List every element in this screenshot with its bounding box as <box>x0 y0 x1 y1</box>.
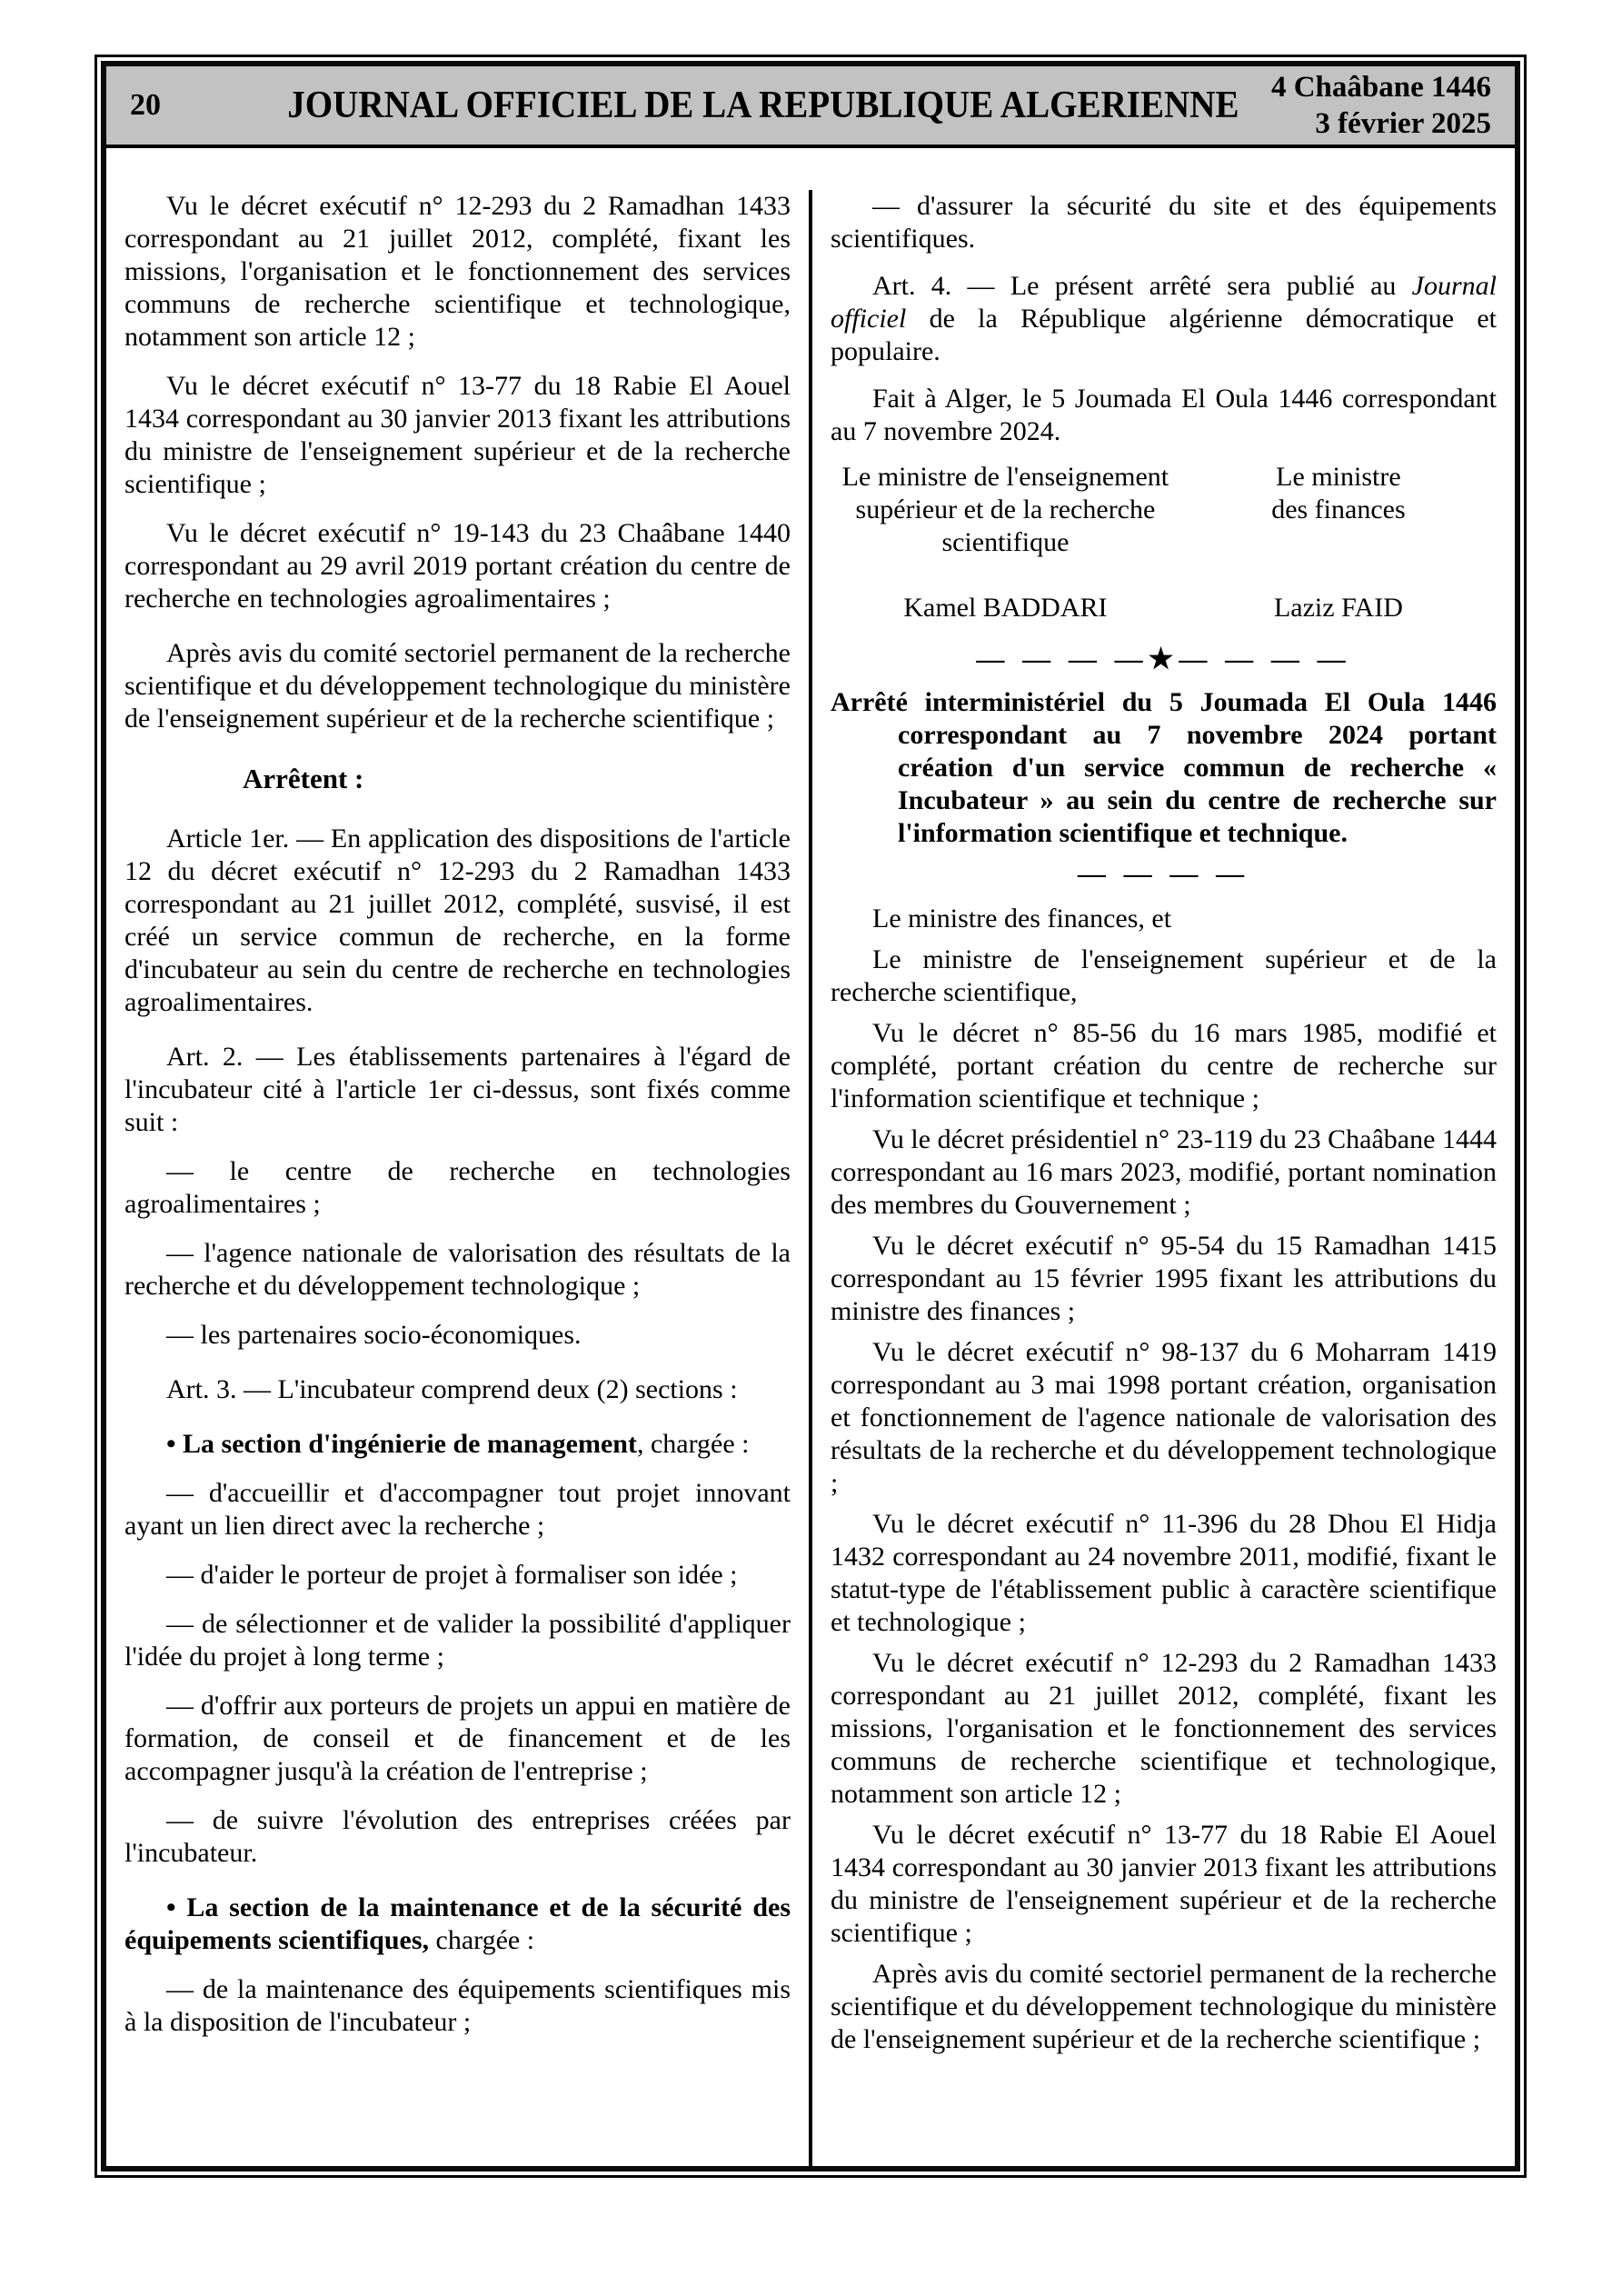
paragraph-apres-avis: Après avis du comité sectoriel permanent… <box>124 637 791 735</box>
text-segment: Vu le décret exécutif n° 13-77 du 18 Rab… <box>831 1820 1497 1948</box>
text-segment: — de la maintenance des équipements scie… <box>124 1974 791 2037</box>
signature-names-row: Kamel BADDARILaziz FAID <box>831 592 1497 624</box>
text-segment: Le ministre de l'enseignement supérieur … <box>831 944 1497 1007</box>
signer-name-right: Laziz FAID <box>1180 592 1497 624</box>
list-item-agence-nationale: — l'agence nationale de valorisation des… <box>124 1237 791 1303</box>
signer-title-line: Le ministre <box>1180 461 1497 494</box>
text-segment: Vu le décret exécutif n° 11-396 du 28 Dh… <box>831 1509 1497 1637</box>
paragraph-vu-decret-12-293: Vu le décret exécutif n° 12-293 du 2 Ram… <box>831 1647 1497 1811</box>
text-segment: Après avis du comité sectoriel permanent… <box>124 638 791 734</box>
text-segment: Art. 3. — L'incubateur comprend deux (2)… <box>166 1374 738 1404</box>
text-segment: — de suivre l'évolution des entreprises … <box>124 1805 791 1868</box>
text-segment: Vu le décret exécutif n° 12-293 du 2 Ram… <box>831 1648 1497 1809</box>
journal-title-wrap: JOURNAL OFFICIEL DE LA REPUBLIQUE ALGERI… <box>248 84 1246 127</box>
list-item-aider: — d'aider le porteur de projet à formali… <box>124 1559 791 1592</box>
paragraph-article-1er: Article 1er. — En application des dispos… <box>124 823 791 1019</box>
text-segment: Vu le décret exécutif n° 12-293 du 2 Ram… <box>124 191 791 352</box>
text-segment: Vu le décret exécutif n° 95-54 du 15 Ram… <box>831 1231 1497 1326</box>
header-dates: 4 Chaâbane 1446 3 février 2025 <box>1246 69 1491 142</box>
signature-block: Le ministre de l'enseignementsupérieur e… <box>831 461 1497 624</box>
text-segment: Le ministre des finances, et <box>872 903 1171 933</box>
paragraph-apres-avis: Après avis du comité sectoriel permanent… <box>831 1958 1497 2056</box>
text-segment: — l'agence nationale de valorisation des… <box>124 1238 791 1301</box>
paragraph-vu-decret-98-137: Vu le décret exécutif n° 98-137 du 6 Moh… <box>831 1336 1497 1500</box>
paragraph-fait-a-alger: Fait à Alger, le 5 Joumada El Oula 1446 … <box>831 383 1497 448</box>
paragraph-art-3: Art. 3. — L'incubateur comprend deux (2)… <box>124 1373 791 1406</box>
text-segment: — de sélectionner et de valider la possi… <box>124 1609 791 1672</box>
signer-title-line: scientifique <box>831 526 1180 559</box>
signer-title-right: Le ministredes finances <box>1180 461 1497 559</box>
text-segment: , chargée : <box>637 1429 750 1459</box>
two-column-layout: Vu le décret exécutif n° 12-293 du 2 Ram… <box>106 148 1515 2166</box>
star-separator: — — — —★— — — — <box>831 643 1497 675</box>
list-item-maintenance: — de la maintenance des équipements scie… <box>124 1973 791 2039</box>
paragraph-vu-decret-95-54: Vu le décret exécutif n° 95-54 du 15 Ram… <box>831 1230 1497 1328</box>
signer-name-left: Kamel BADDARI <box>831 592 1180 624</box>
list-item-accueillir: — d'accueillir et d'accompagner tout pro… <box>124 1477 791 1542</box>
arretent-heading: Arrêtent : <box>243 763 791 795</box>
paragraph-vu-decret-13-77: Vu le décret exécutif n° 13-77 du 18 Rab… <box>831 1819 1497 1950</box>
paragraph-vu-decret-85-56: Vu le décret n° 85-56 du 16 mars 1985, m… <box>831 1017 1497 1115</box>
arrete-title: Arrêté interministériel du 5 Joumada El … <box>831 686 1497 850</box>
text-segment: Arrêté interministériel du 5 Joumada El … <box>831 687 1497 848</box>
text-segment: Vu le décret exécutif n° 19-143 du 23 Ch… <box>124 518 791 614</box>
paragraph-vu-decret-11-396: Vu le décret exécutif n° 11-396 du 28 Dh… <box>831 1508 1497 1639</box>
text-segment: Article 1er. — En application des dispos… <box>124 824 791 1017</box>
text-segment: chargée : <box>429 1925 534 1955</box>
signer-title-line: des finances <box>1180 494 1497 526</box>
text-segment: Arrêtent : <box>243 763 363 794</box>
paragraph-ministre-enseignement: Le ministre de l'enseignement supérieur … <box>831 943 1497 1009</box>
text-segment: — d'offrir aux porteurs de projets un ap… <box>124 1691 791 1786</box>
text-segment: de la République algérienne démocratique… <box>831 304 1497 366</box>
paragraph-vu-decret-12-293: Vu le décret exécutif n° 12-293 du 2 Ram… <box>124 190 791 354</box>
paragraph-section-ingenierie: • La section d'ingénierie de management,… <box>124 1428 791 1461</box>
text-segment: — d'assurer la sécurité du site et des é… <box>831 191 1497 254</box>
text-segment: Vu le décret exécutif n° 13-77 du 18 Rab… <box>124 371 791 499</box>
dash-separator: — — — — <box>831 857 1497 890</box>
list-item-suivre: — de suivre l'évolution des entreprises … <box>124 1804 791 1870</box>
signature-titles-row: Le ministre de l'enseignementsupérieur e… <box>831 461 1497 559</box>
list-item-selectionner: — de sélectionner et de valider la possi… <box>124 1608 791 1673</box>
text-segment: Vu le décret présidentiel n° 23-119 du 2… <box>831 1124 1497 1220</box>
text-segment: Vu le décret n° 85-56 du 16 mars 1985, m… <box>831 1018 1497 1113</box>
signer-title-left: Le ministre de l'enseignementsupérieur e… <box>831 461 1180 559</box>
right-column: — d'assurer la sécurité du site et des é… <box>812 190 1515 2166</box>
text-segment: Après avis du comité sectoriel permanent… <box>831 1959 1497 2054</box>
text-segment: — d'accueillir et d'accompagner tout pro… <box>124 1478 791 1541</box>
signer-title-line: supérieur et de la recherche <box>831 494 1180 526</box>
text-segment: Vu le décret exécutif n° 98-137 du 6 Moh… <box>831 1337 1497 1498</box>
journal-officiel-page: 20 JOURNAL OFFICIEL DE LA REPUBLIQUE ALG… <box>0 0 1622 2296</box>
page-header: 20 JOURNAL OFFICIEL DE LA REPUBLIQUE ALG… <box>106 66 1515 148</box>
paragraph-vu-decret-13-77: Vu le décret exécutif n° 13-77 du 18 Rab… <box>124 370 791 501</box>
text-segment: — le centre de recherche en technologies… <box>124 1156 791 1219</box>
date-hijri: 4 Chaâbane 1446 <box>1246 69 1491 105</box>
paragraph-art-2: Art. 2. — Les établissements partenaires… <box>124 1041 791 1139</box>
paragraph-vu-decret-19-143: Vu le décret exécutif n° 19-143 du 23 Ch… <box>124 517 791 615</box>
signer-title-line: Le ministre de l'enseignement <box>831 461 1180 494</box>
list-item-assurer: — d'assurer la sécurité du site et des é… <box>831 190 1497 255</box>
page-frame-outer: 20 JOURNAL OFFICIEL DE LA REPUBLIQUE ALG… <box>95 55 1527 2178</box>
text-segment: — d'aider le porteur de projet à formali… <box>166 1560 738 1590</box>
text-segment: Art. 2. — Les établissements partenaires… <box>124 1042 791 1137</box>
text-segment: • La section d'ingénierie de management <box>166 1429 637 1459</box>
paragraph-section-maintenance: • La section de la maintenance et de la … <box>124 1892 791 1957</box>
paragraph-art-4: Art. 4. — Le présent arrêté sera publié … <box>831 270 1497 368</box>
journal-title: JOURNAL OFFICIEL DE LA REPUBLIQUE ALGERI… <box>287 84 1246 127</box>
list-item-partenaires: — les partenaires socio-économiques. <box>124 1319 791 1352</box>
date-gregorian: 3 février 2025 <box>1246 105 1491 142</box>
paragraph-vu-decret-23-119: Vu le décret présidentiel n° 23-119 du 2… <box>831 1123 1497 1222</box>
text-segment: Art. 4. — Le présent arrêté sera publié … <box>872 271 1412 301</box>
text-segment: — les partenaires socio-économiques. <box>166 1320 582 1350</box>
text-segment: Fait à Alger, le 5 Joumada El Oula 1446 … <box>831 384 1497 446</box>
page-number: 20 <box>130 88 248 123</box>
paragraph-ministre-finances: Le ministre des finances, et <box>831 903 1497 935</box>
list-item-centre-recherche: — le centre de recherche en technologies… <box>124 1155 791 1221</box>
left-column: Vu le décret exécutif n° 12-293 du 2 Ram… <box>106 190 809 2166</box>
page-frame-inner: 20 JOURNAL OFFICIEL DE LA REPUBLIQUE ALG… <box>101 61 1520 2171</box>
list-item-offrir: — d'offrir aux porteurs de projets un ap… <box>124 1690 791 1788</box>
